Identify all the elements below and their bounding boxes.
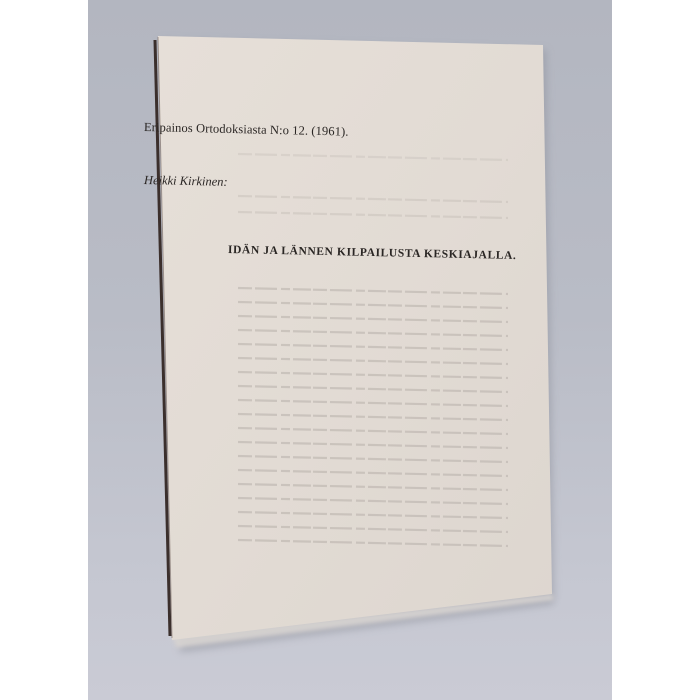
author-name: Heikki Kirkinen: [144,173,228,190]
booklet-cover-text: Eripainos Ortodoksiasta N:o 12. (1961). … [88,0,612,700]
photo-backdrop: Eripainos Ortodoksiasta N:o 12. (1961). … [88,0,612,700]
booklet-title: IDÄN JA LÄNNEN KILPAILUSTA KESKIAJALLA. [228,244,517,262]
series-line: Eripainos Ortodoksiasta N:o 12. (1961). [144,120,349,140]
